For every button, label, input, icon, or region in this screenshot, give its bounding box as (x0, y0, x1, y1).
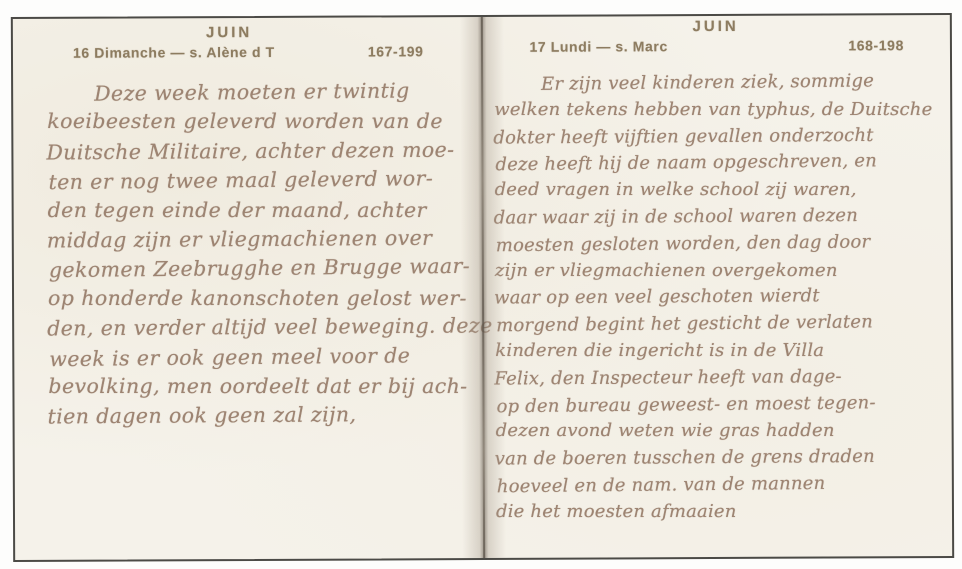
page-numbers: 168-198 (848, 37, 904, 53)
handwritten-line: op den bureau geweest- en moest tegen- (496, 389, 947, 421)
date-label: 17 Lundi — s. Marc (529, 38, 667, 55)
month-title: JUIN (481, 15, 950, 36)
handwritten-line: bevolking, men oordeelt dat er bij ach- (48, 372, 465, 401)
handwritten-line: kinderen die ingericht is in de Villa (495, 338, 945, 365)
handwritten-line: deed vragen in welke school zij waren, (494, 177, 944, 204)
handwritten-line: van de boeren tusschen de grens draden (494, 444, 945, 474)
handwritten-line: morgend begint het gesticht de verlaten (496, 309, 947, 341)
handwritten-line: den, en verder altijd veel beweging. dez… (47, 312, 464, 344)
date-row: 17 Lundi — s. Marc 168-198 (481, 37, 950, 55)
handwritten-line: tien dagen ook geen zal zijn, (47, 400, 464, 432)
handwritten-text: Deze week moeten er twintig koeibeesten … (13, 77, 483, 432)
handwritten-line: hoeveel en de nam. van de mannen (496, 470, 947, 502)
handwritten-line: den tegen einde der maand, achter (48, 196, 465, 225)
diary-page-left: JUIN 16 Dimanche — s. Alène d T 167-199 … (13, 17, 484, 560)
month-title: JUIN (11, 17, 464, 42)
handwritten-line: Er zijn veel kinderen ziek, sommige (494, 68, 945, 100)
scan-paper: JUIN 16 Dimanche — s. Alène d T 167-199 … (11, 13, 954, 562)
diary-page-right: JUIN 17 Lundi — s. Marc 168-198 Er zijn … (481, 15, 952, 558)
handwritten-text: Er zijn veel kinderen ziek, sommige welk… (482, 69, 952, 527)
handwritten-line: koeibeesten geleverd worden van de (47, 107, 464, 136)
book-spine (460, 17, 506, 558)
handwritten-line: waar op een veel geschoten wierdt (493, 283, 944, 313)
handwritten-line: deze heeft hij de naam opgeschreven, en (495, 148, 946, 180)
handwritten-line: middag zijn er vliegmachienen over (47, 223, 464, 255)
handwritten-line: Felix, den Inspecteur heeft van dage- (494, 363, 945, 393)
handwritten-line: op honderde kanonschoten gelost wer- (48, 284, 465, 313)
handwritten-line: Deze week moeten er twintig (48, 76, 465, 110)
handwritten-line: dezen avond weten wie gras hadden (495, 418, 945, 445)
handwritten-line: week is er ook geen meel voor de (49, 340, 466, 374)
handwritten-line: moesten gesloten worden, den dag door (495, 228, 946, 260)
date-row: 16 Dimanche — s. Alène d T 167-199 (13, 43, 482, 61)
handwritten-line: die het moesten afmaaien (495, 499, 945, 526)
handwritten-line: welken tekens hebben van typhus, de Duit… (494, 97, 944, 124)
handwritten-line: gekomen Zeebrugghe en Brugge waar- (49, 252, 466, 286)
handwritten-line: zijn er vliegmachienen overgekomen (494, 258, 944, 285)
scanned-document: JUIN 16 Dimanche — s. Alène d T 167-199 … (0, 0, 962, 569)
handwritten-line: Duitsche Militaire, achter dezen moe- (46, 135, 463, 167)
handwritten-line: ten er nog twee maal geleverd wor- (48, 164, 465, 198)
page-numbers: 167-199 (368, 43, 424, 59)
date-label: 16 Dimanche — s. Alène d T (73, 44, 275, 61)
handwritten-line: daar waar zij in de school waren dezen (493, 202, 944, 232)
